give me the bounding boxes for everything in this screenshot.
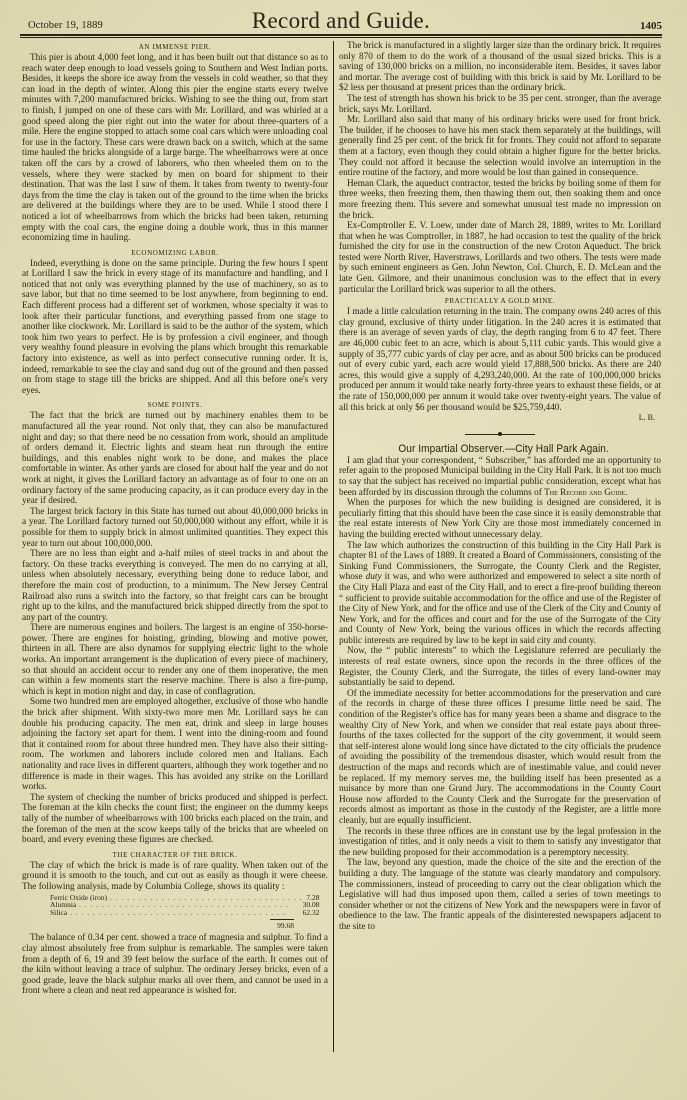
paragraph: Some two hundred men are employed altoge… — [22, 697, 328, 792]
paragraph: The law, beyond any question, made the c… — [339, 858, 661, 932]
paragraph: The largest brick factory in this State … — [22, 507, 328, 549]
table-row: Silica . . . . . . . . . . . . . . . . .… — [50, 909, 319, 917]
paragraph: This pier is about 4,000 feet long, and … — [22, 53, 328, 244]
section-heading-some-points: SOME POINTS. — [22, 400, 328, 411]
paragraph: Indeed, everything is done on the same p… — [22, 259, 328, 397]
masthead-rule-thin — [20, 37, 662, 38]
analysis-total: 99.68 — [22, 921, 294, 930]
right-column: The brick is manufactured in a slightly … — [339, 41, 661, 933]
leader-dots: . . . . . . . . . . . . . . . . . . . . … — [67, 909, 286, 917]
analysis-item-name: Silica — [50, 909, 67, 917]
publication-name: The Record and Guide — [544, 488, 625, 498]
paragraph: The test of strength has shown his brick… — [339, 94, 661, 115]
analysis-item-value: 62.32 — [303, 909, 320, 917]
section-heading-immense-pier: AN IMMENSE PIER. — [22, 42, 328, 53]
left-column: AN IMMENSE PIER. This pier is about 4,00… — [22, 41, 328, 997]
paragraph: I am glad that your correspondent, “ Sub… — [339, 456, 661, 498]
analysis-item-name: Ferric Oxide (iron) — [50, 894, 107, 902]
paragraph: The brick is manufactured in a slightly … — [339, 41, 661, 94]
section-heading-economizing-labor: ECONOMIZING LABOR. — [22, 248, 328, 259]
newspaper-page: October 19, 1889 Record and Guide. 1405 … — [0, 0, 687, 1100]
paragraph: When the purposes for which the new buil… — [339, 498, 661, 540]
paragraph: The clay of which the brick is made is o… — [22, 861, 328, 893]
paragraph: There are no less than eight and a-half … — [22, 549, 328, 623]
paragraph: Heman Clark, the aqueduct contractor, te… — [339, 179, 661, 221]
paragraph: The system of checking the number of bri… — [22, 793, 328, 846]
paragraph: Mr. Lorillard also said that many of his… — [339, 115, 661, 179]
paragraph: The fact that the brick are turned out b… — [22, 411, 328, 506]
masthead-rule-thick — [20, 34, 662, 36]
section-heading-gold-mine: PRACTICALLY A GOLD MINE. — [339, 296, 661, 307]
analysis-item-name: Alumnia — [50, 901, 76, 909]
paragraph: Ex-Comptroller E. V. Loew, under date of… — [339, 221, 661, 295]
clay-analysis-table: Ferric Oxide (iron) . . . . . . . . . . … — [50, 894, 319, 917]
paragraph: There are numerous engines and boilers. … — [22, 623, 328, 697]
article-title: Our Impartial Observer.—City Hall Park A… — [355, 442, 645, 456]
paragraph: Now, the “ public interests” to which th… — [339, 646, 661, 688]
leader-dots: . . . . . . . . . . . . . . . . . . . . … — [76, 901, 289, 909]
column-divider — [333, 41, 334, 1052]
paragraph: The balance of 0.34 per cent. showed a t… — [22, 933, 328, 997]
paragraph: The records in these three offices are i… — [339, 827, 661, 859]
paragraph: The law which authorizes the constructio… — [339, 541, 661, 647]
section-separator-ornament — [465, 432, 535, 438]
author-signature: L. B. — [339, 413, 661, 424]
leader-dots: . . . . . . . . . . . . . . . . . . . . … — [107, 894, 303, 902]
table-row: Alumnia . . . . . . . . . . . . . . . . … — [50, 901, 319, 909]
emphasis-duty: duty — [366, 572, 382, 582]
total-rule — [270, 919, 294, 920]
paragraph: I made a little calculation returning in… — [339, 307, 661, 413]
publication-title: Record and Guide. — [20, 8, 662, 34]
page-number: 1405 — [640, 20, 662, 32]
section-heading-character-of-brick: THE CHARACTER OF THE BRICK. — [22, 850, 328, 861]
paragraph: Of the immediate necessity for better ac… — [339, 689, 661, 827]
table-row: Ferric Oxide (iron) . . . . . . . . . . … — [50, 894, 319, 902]
